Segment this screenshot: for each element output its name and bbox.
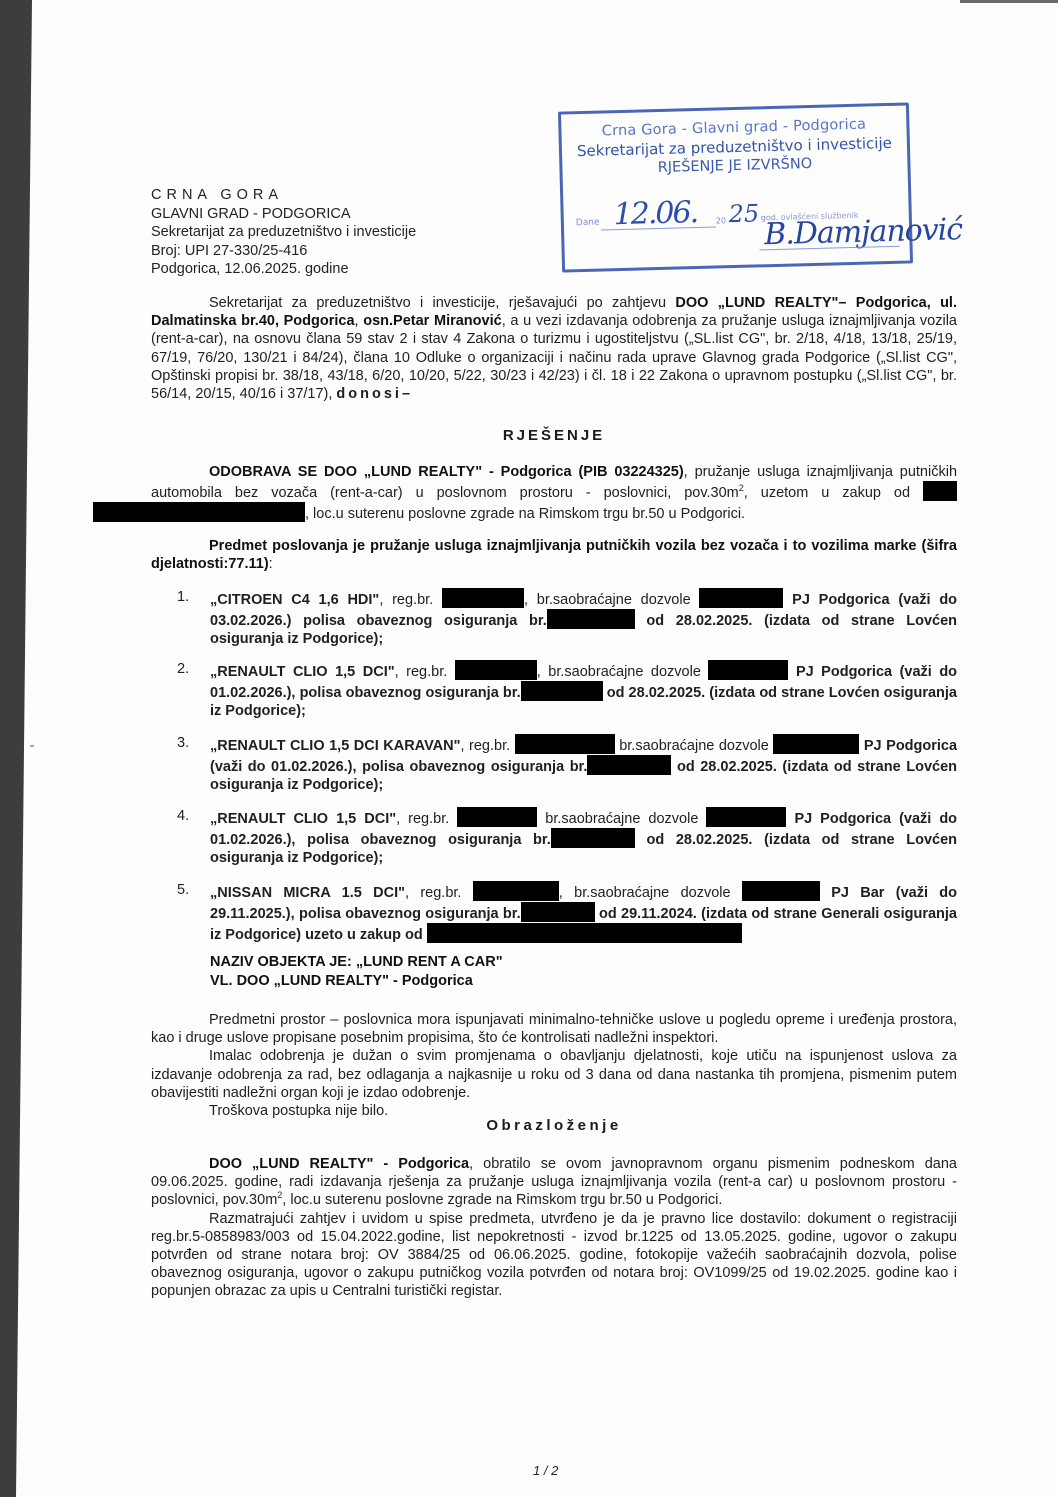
redacted-box <box>708 660 788 680</box>
vehicle-model: „NISSAN MICRA 1.5 DCI" <box>210 885 405 901</box>
executive-stamp: Crna Gora - Glavni grad - Podgorica Sekr… <box>558 102 913 272</box>
vehicle-permit-label: br.saobraćajne dozvole <box>537 811 698 827</box>
vehicle-permit-label: , br.saobraćajne dozvole <box>524 592 691 608</box>
stamp-year-prefix: 20 <box>716 216 726 225</box>
redacted-box <box>521 902 595 922</box>
reasoning-title: Obrazloženje <box>151 1117 957 1134</box>
redacted-box <box>587 755 671 775</box>
redacted-box <box>706 807 786 827</box>
reasoning-evidence: Razmatrajući zahtjev i uvidom u spise pr… <box>151 1210 957 1301</box>
vehicle-details: „NISSAN MICRA 1.5 DCI", reg.br. , br.sao… <box>210 881 957 945</box>
vehicle-permit-label: br.saobraćajne dozvole <box>615 738 769 754</box>
stamp-handwritten-date: 12.06. <box>613 195 697 232</box>
stamp-dane-label: Dane <box>576 218 600 229</box>
stamp-handwritten-year: 25 <box>728 199 759 228</box>
decision-paragraph: ODOBRAVA SE DOO „LUND REALTY" - Podgoric… <box>151 463 957 524</box>
business-subject-paragraph: Predmet poslovanja je pružanje usluga iz… <box>151 537 957 573</box>
redacted-box <box>457 807 537 827</box>
redacted-box <box>427 923 742 943</box>
vehicle-details: „RENAULT CLIO 1,5 DCI KARAVAN", reg.br. … <box>210 734 957 795</box>
scan-edge-shadow <box>0 0 32 1497</box>
vehicle-model: „RENAULT CLIO 1,5 DCI KARAVAN" <box>210 738 461 754</box>
intro-paragraph: Sekretarijat za preduzetništvo i investi… <box>151 294 957 403</box>
redacted-box <box>473 881 559 901</box>
vehicle-model: „RENAULT CLIO 1,5 DCI" <box>210 811 396 827</box>
vehicle-number: 4. <box>177 807 189 825</box>
vehicle-reg-label: , reg.br. <box>396 811 449 827</box>
scan-speck <box>30 745 34 747</box>
facility-block: NAZIV OBJEKTA JE: „LUND RENT A CAR" VL. … <box>210 953 503 991</box>
vehicle-permit-label: , br.saobraćajne dozvole <box>537 664 701 680</box>
header-department: Sekretarijat za preduzetništvo i investi… <box>151 223 416 242</box>
header-case-number: Broj: UPI 27-330/25-416 <box>151 242 416 261</box>
vehicle-reg-label: , reg.br. <box>461 738 511 754</box>
redacted-box <box>699 588 783 608</box>
conditions-changes: Imalac odobrenja je dužan o svim promjen… <box>151 1047 957 1102</box>
intro-donosi: donosi– <box>336 386 413 402</box>
redacted-box <box>442 588 524 608</box>
vehicle-reg-label: , reg.br. <box>379 592 433 608</box>
vehicle-permit-label: , br.saobraćajne dozvole <box>559 885 731 901</box>
redacted-box <box>742 881 820 901</box>
vehicle-number: 1. <box>177 588 189 606</box>
reasoning-request: DOO „LUND REALTY" - Podgorica, obratilo … <box>151 1155 957 1210</box>
vehicle-reg-label: , reg.br. <box>405 885 461 901</box>
vehicle-item: 5.„NISSAN MICRA 1.5 DCI", reg.br. , br.s… <box>151 881 957 945</box>
facility-name: NAZIV OBJEKTA JE: „LUND RENT A CAR" <box>210 953 503 972</box>
vehicle-details: „CITROEN C4 1,6 HDI", reg.br. , br.saobr… <box>210 588 957 649</box>
decision-approval: ODOBRAVA SE DOO „LUND REALTY" - Podgoric… <box>209 464 684 480</box>
header-city: GLAVNI GRAD - PODGORICA <box>151 205 416 224</box>
decision-location: , loc.u suterenu poslovne zgrade na Rims… <box>305 506 745 522</box>
vehicle-model: „RENAULT CLIO 1,5 DCI" <box>210 664 395 680</box>
reasoning-applicant: DOO „LUND REALTY" - Podgorica <box>209 1156 469 1172</box>
header-place-date: Podgorica, 12.06.2025. godine <box>151 260 416 279</box>
vehicle-item: 3.„RENAULT CLIO 1,5 DCI KARAVAN", reg.br… <box>151 734 957 795</box>
document-page: Crna Gora - Glavni grad - Podgorica Sekr… <box>0 0 1058 1497</box>
vehicle-item: 4.„RENAULT CLIO 1,5 DCI", reg.br. br.sao… <box>151 807 957 868</box>
vehicle-number: 5. <box>177 881 189 899</box>
redacted-box <box>515 734 615 754</box>
reasoning-block: DOO „LUND REALTY" - Podgorica, obratilo … <box>151 1155 957 1301</box>
vehicle-details: „RENAULT CLIO 1,5 DCI", reg.br. br.saobr… <box>210 807 957 868</box>
redacted-box <box>923 481 957 501</box>
vehicle-reg-label: , reg.br. <box>395 664 448 680</box>
vehicle-number: 2. <box>177 660 189 678</box>
redacted-box <box>455 660 537 680</box>
decision-title: RJEŠENJE <box>151 427 957 444</box>
business-subject-end: : <box>269 556 273 572</box>
conditions-block: Predmetni prostor – poslovnica mora ispu… <box>151 1011 957 1120</box>
redacted-box <box>547 609 635 629</box>
vehicle-item: 1.„CITROEN C4 1,6 HDI", reg.br. , br.sao… <box>151 588 957 649</box>
page-number: 1 / 2 <box>533 1463 558 1478</box>
redacted-box <box>773 734 859 754</box>
redacted-box <box>551 828 635 848</box>
redacted-box <box>93 502 305 522</box>
document-header: CRNA GORA GLAVNI GRAD - PODGORICA Sekret… <box>151 186 416 279</box>
vehicle-item: 2.„RENAULT CLIO 1,5 DCI", reg.br. , br.s… <box>151 660 957 721</box>
vehicle-number: 3. <box>177 734 189 752</box>
intro-text: Sekretarijat za preduzetništvo i investi… <box>209 295 675 311</box>
applicant-founder: osn.Petar Miranović <box>363 313 501 329</box>
redacted-box <box>521 681 603 701</box>
facility-owner: VL. DOO „LUND REALTY" - Podgorica <box>210 972 503 991</box>
conditions-premises: Predmetni prostor – poslovnica mora ispu… <box>151 1011 957 1047</box>
intro-sep: , <box>355 313 364 329</box>
scan-top-edge <box>960 0 1058 3</box>
vehicle-details: „RENAULT CLIO 1,5 DCI", reg.br. , br.sao… <box>210 660 957 721</box>
header-country: CRNA GORA <box>151 186 416 205</box>
reasoning-location: , loc.u suterenu poslovne zgrade na Rims… <box>282 1192 722 1208</box>
decision-lease-text: , uzetom u zakup od <box>744 485 923 501</box>
vehicle-model: „CITROEN C4 1,6 HDI" <box>210 592 379 608</box>
